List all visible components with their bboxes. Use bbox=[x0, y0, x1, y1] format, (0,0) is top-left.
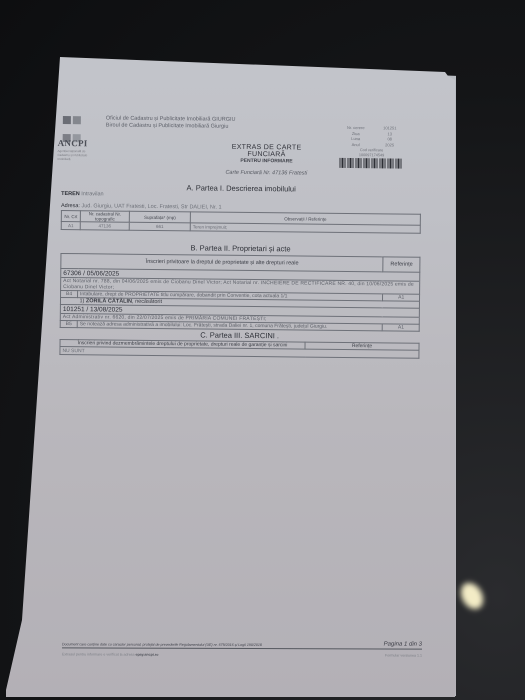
owner-name: ZORILĂ CĂTĂLIN bbox=[86, 298, 132, 304]
verify-notice: Extrasul pentru informare e verificat la… bbox=[62, 652, 158, 656]
legal-notice: Document care conține date cu caracter p… bbox=[62, 642, 262, 647]
document-title: EXTRAS DE CARTE FUNCIARĂ PENTRU INFORMAR… bbox=[211, 144, 321, 177]
carte-funciara-number: Carte Funciară Nr. 47136 Fratesti bbox=[211, 170, 321, 177]
page-number: Pagina 1 din 3 bbox=[384, 641, 422, 647]
document-header: ANCPI Agenția Națională de Cadastru și P… bbox=[61, 108, 422, 182]
form-version: Formular versiunea 1.1 bbox=[385, 653, 422, 657]
owners-table: Înscrieri privitoare la dreptul de propr… bbox=[60, 253, 421, 332]
verification-code: Cod verificare 100097174549 bbox=[340, 148, 404, 158]
office-name: Oficiul de Cadastru și Publicitate Imobi… bbox=[106, 115, 236, 130]
barcode-icon bbox=[339, 158, 403, 169]
logo-subtitle: Agenția Națională de Cadastru și Publici… bbox=[57, 149, 93, 161]
document-content: ANCPI Agenția Națională de Cadastru și P… bbox=[59, 108, 422, 359]
property-table: Nr. Crt Nr. cadastral Nr. topografic Sup… bbox=[61, 210, 421, 234]
document-footer: Document care conține date cu caracter p… bbox=[62, 640, 422, 657]
request-meta: Nr. cerere101251 Ziua13 Luna08 Anul2025 … bbox=[339, 125, 403, 169]
logo-text: ANCPI bbox=[58, 138, 88, 148]
